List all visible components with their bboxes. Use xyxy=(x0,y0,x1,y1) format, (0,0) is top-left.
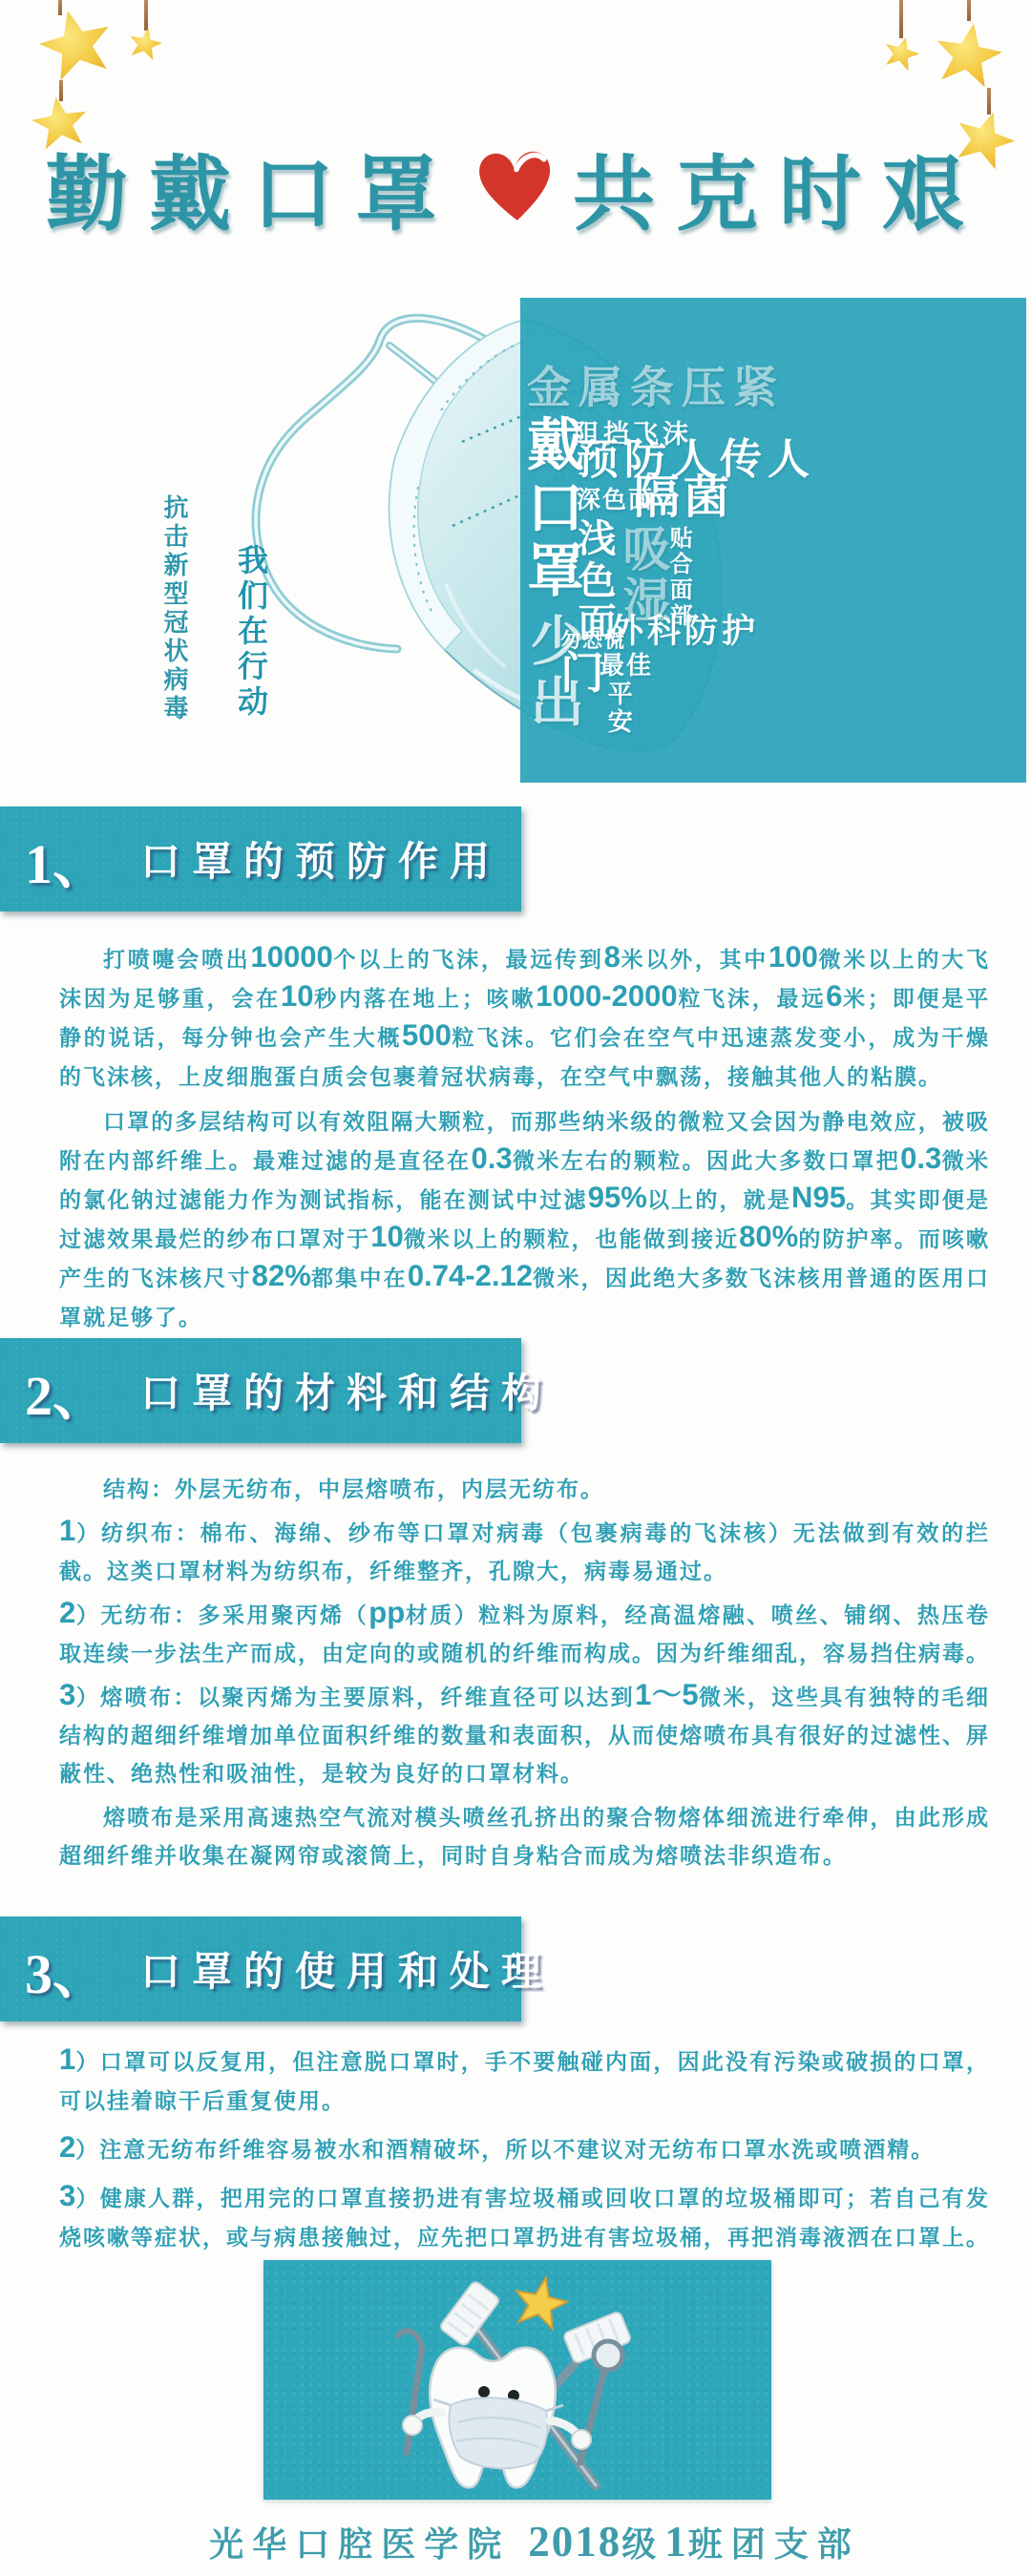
paragraph: 3）健康人群，把用完的口罩直接扔进有害垃圾桶或回收口罩的垃圾桶即可；若自己有发烧… xyxy=(59,2179,990,2257)
footer-illustration-card xyxy=(263,2260,771,2500)
star-icon xyxy=(32,2,121,91)
section-2-number: 2、 xyxy=(25,1351,108,1431)
section-3-body: 1）口罩可以反复用，但注意脱口罩时，手不要触碰内面，因此没有污染或破损的口罩，可… xyxy=(59,2042,990,2257)
section-3-number: 3、 xyxy=(25,1929,108,2009)
star-string xyxy=(899,0,903,38)
footer-credit: 光华口腔医学院 2018级1班团支部 xyxy=(0,2518,1031,2566)
paragraph: 熔喷布是采用高速热空气流对模头喷丝孔挤出的聚合物熔体细流进行牵伸，由此形成超细纤… xyxy=(59,1798,990,1874)
section-1-number: 1、 xyxy=(25,819,108,899)
tooth-mascot-icon xyxy=(263,2260,771,2500)
section-2-banner: 2、 口罩的材料和结构 xyxy=(0,1338,521,1443)
paragraph: 结构：外层无纺布，中层熔喷布，内层无纺布。 xyxy=(59,1470,990,1508)
poster-page: 勤戴口罩 共克时艰 xyxy=(0,0,1031,2576)
paragraph: 1）纺织布：棉布、海绵、纱布等口罩对病毒（包裹病毒的飞沫核）无法做到有效的拦截。… xyxy=(59,1514,990,1590)
section-1-banner: 1、 口罩的预防作用 xyxy=(0,806,521,911)
star-string xyxy=(58,0,62,15)
paragraph: 打喷嚏会喷出10000个以上的飞沫，最远传到8米以外，其中100微米以上的大飞沫… xyxy=(59,940,990,1097)
slogan-fight-virus: 抗击新型冠状病毒 xyxy=(158,494,193,723)
section-3-banner: 3、 口罩的使用和处理 xyxy=(0,1916,521,2021)
section-2-body: 结构：外层无纺布，中层熔喷布，内层无纺布。 1）纺织布：棉布、海绵、纱布等口罩对… xyxy=(59,1470,990,1874)
star-string xyxy=(59,80,63,101)
paragraph: 3）熔喷布：以聚丙烯为主要原料，纤维直径可以达到1～5微米，这些具有独特的毛细结… xyxy=(59,1678,990,1792)
slogan-we-act: 我们在行动 xyxy=(229,544,273,721)
star-string xyxy=(144,0,148,31)
star-string xyxy=(987,88,991,115)
section-1-body: 打喷嚏会喷出10000个以上的飞沫，最远传到8米以外，其中100微米以上的大飞沫… xyxy=(59,940,990,1337)
star-icon xyxy=(928,17,1007,94)
paragraph: 口罩的多层结构可以有效阻隔大颗粒，而那些纳米级的微粒又会因为静电效应，被吸附在内… xyxy=(59,1102,990,1337)
section-1-title: 口罩的预防作用 xyxy=(140,830,501,888)
title-right: 共克时艰 xyxy=(573,128,985,246)
paragraph: 1）口罩可以反复用，但注意脱口罩时，手不要触碰内面，因此没有污染或破损的口罩，可… xyxy=(59,2042,990,2121)
title-left: 勤戴口罩 xyxy=(46,128,458,246)
wordcloud-panel xyxy=(520,298,1026,783)
star-string xyxy=(967,0,971,21)
heart-icon xyxy=(470,141,562,234)
paragraph: 2）注意无纺布纤维容易被水和酒精破坏，所以不建议对无纺布口罩水洗或喷酒精。 xyxy=(59,2130,990,2169)
paragraph: 2）无纺布：多采用聚丙烯（pp材质）粒料为原料，经高温熔融、喷丝、铺纲、热压卷取… xyxy=(59,1596,990,1672)
poster-title: 勤戴口罩 共克时艰 xyxy=(0,132,1031,242)
star-icon xyxy=(879,31,924,75)
section-3-title: 口罩的使用和处理 xyxy=(140,1940,553,1998)
section-2-title: 口罩的材料和结构 xyxy=(140,1362,553,1419)
